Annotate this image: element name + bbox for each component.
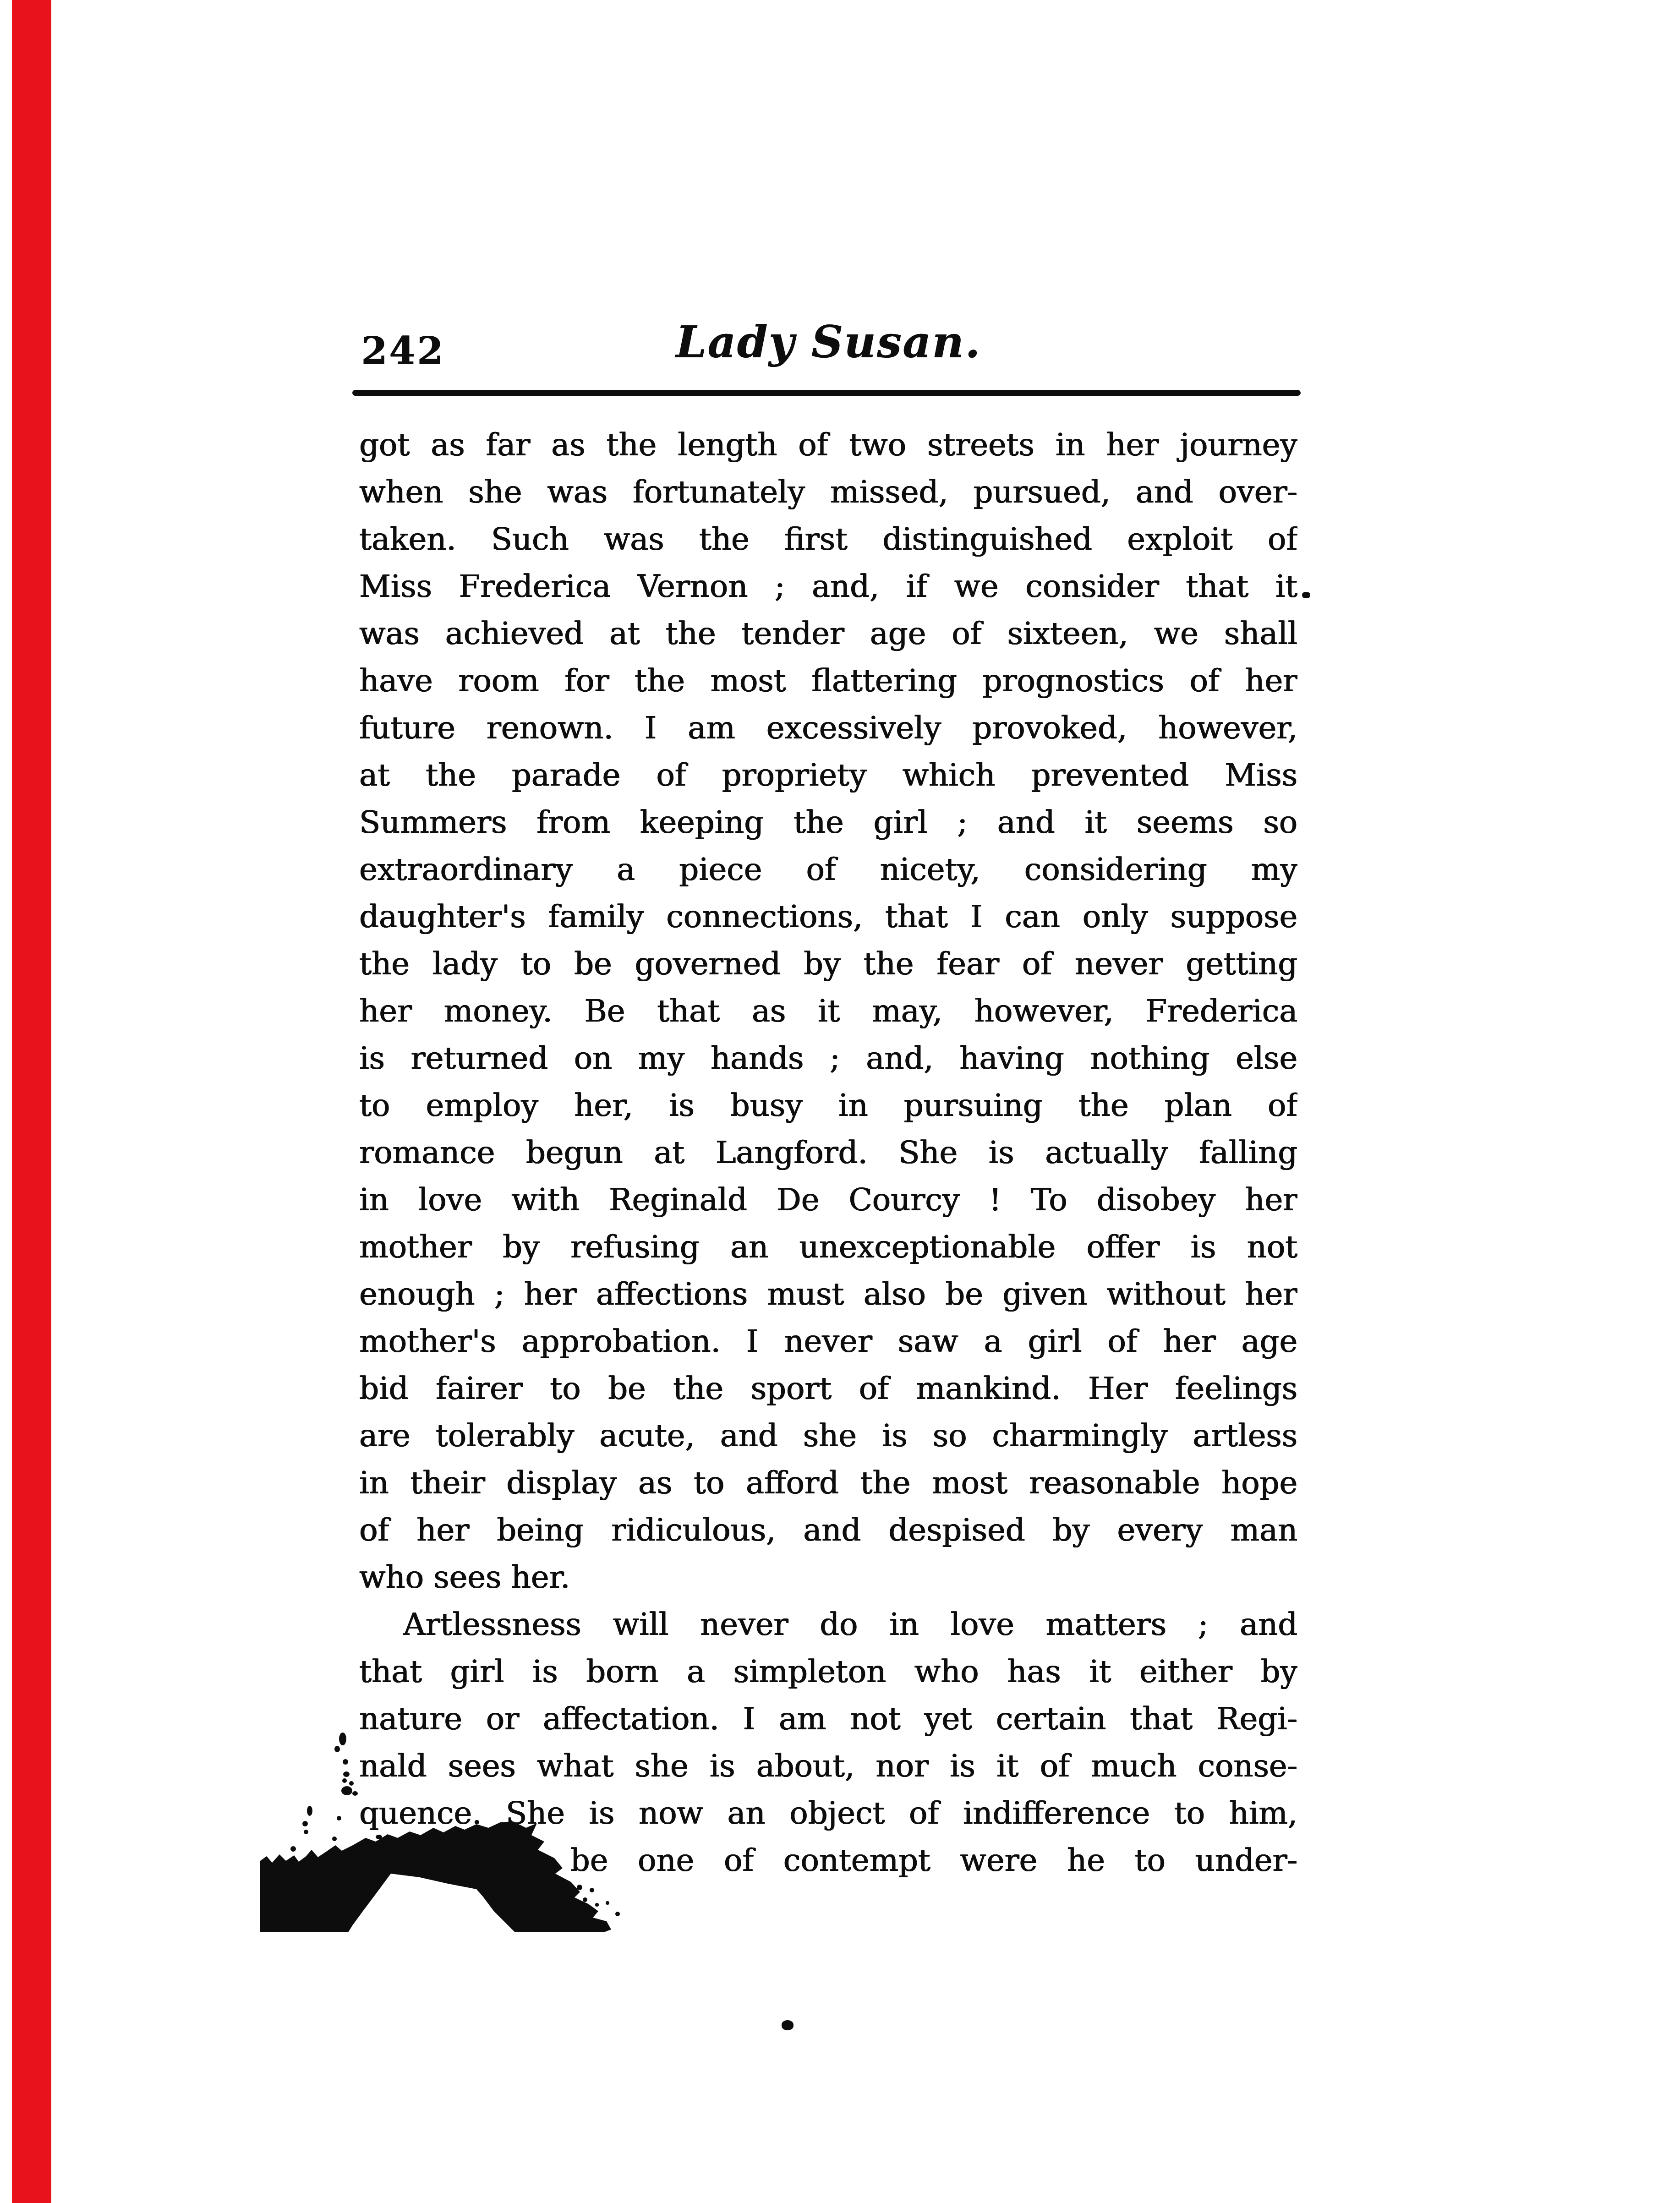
text-line: is returned on my hands ; and, having no…: [359, 1035, 1297, 1082]
text-line: romance begun at Langford. She is actual…: [359, 1129, 1297, 1176]
text-line: at the parade of propriety which prevent…: [359, 752, 1297, 799]
ink-blot: [238, 1805, 632, 1942]
text-line: enough ; her affections must also be giv…: [359, 1271, 1297, 1318]
text-line: Summers from keeping the girl ; and it s…: [359, 799, 1297, 846]
text-line: the lady to be governed by the fear of n…: [359, 940, 1297, 988]
paragraph: got as far as the length of two streets …: [359, 421, 1297, 1601]
text-line: mother by refusing an unexceptionable of…: [359, 1224, 1297, 1271]
text-line: are tolerably acute, and she is so charm…: [359, 1412, 1297, 1460]
text-line: nature or affectation. I am not yet cert…: [359, 1695, 1297, 1743]
book-page: 242 Lady Susan. got as far as the length…: [0, 0, 1680, 2203]
text-line: taken. Such was the first distinguished …: [359, 516, 1297, 563]
text-line: got as far as the length of two streets …: [359, 421, 1297, 469]
text-line: bid fairer to be the sport of mankind. H…: [359, 1365, 1297, 1412]
scan-edge-stripe: [12, 0, 51, 2203]
text-line: to employ her, is busy in pursuing the p…: [359, 1082, 1297, 1129]
stray-ink-dot: [782, 2020, 793, 2030]
text-line: when she was fortunately missed, pursued…: [359, 469, 1297, 516]
text-line: was achieved at the tender age of sixtee…: [359, 610, 1297, 657]
text-line: Artlessness will never do in love matter…: [359, 1601, 1297, 1648]
header-rule: [352, 390, 1301, 396]
text-line: daughter's family connections, that I ca…: [359, 893, 1297, 940]
text-line: in love with Reginald De Courcy ! To dis…: [359, 1176, 1297, 1224]
text-line: extraordinary a piece of nicety, conside…: [359, 846, 1297, 893]
page-header: 242 Lady Susan.: [359, 316, 1297, 376]
text-line: future renown. I am excessively provoked…: [359, 705, 1297, 752]
text-line: Miss Frederica Vernon ; and, if we consi…: [359, 563, 1297, 610]
running-title: Lady Susan.: [359, 316, 1297, 368]
text-line: nald sees what she is about, nor is it o…: [359, 1743, 1297, 1790]
text-line: have room for the most flattering progno…: [359, 657, 1297, 705]
stray-ink-dot: [1302, 592, 1310, 598]
text-line: that girl is born a simpleton who has it…: [359, 1648, 1297, 1695]
text-line: who sees her.: [359, 1554, 1297, 1601]
text-block: got as far as the length of two streets …: [359, 421, 1297, 1884]
text-line: mother's approbation. I never saw a girl…: [359, 1318, 1297, 1365]
text-line: her money. Be that as it may, however, F…: [359, 988, 1297, 1035]
text-line: in their display as to afford the most r…: [359, 1460, 1297, 1507]
text-line: of her being ridiculous, and despised by…: [359, 1507, 1297, 1554]
